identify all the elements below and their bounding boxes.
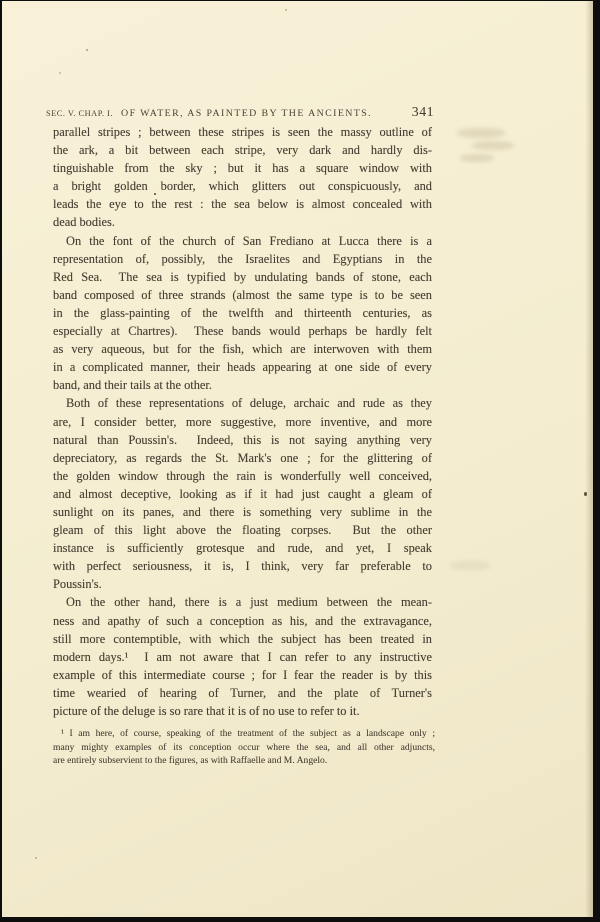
paper-speck bbox=[285, 9, 287, 11]
running-head-section: SEC. V. CHAP. I. bbox=[46, 109, 113, 118]
text-line: a bright golden border, which glitters o… bbox=[53, 177, 432, 195]
text-line: time wearied of hearing of Turner, and t… bbox=[53, 684, 432, 702]
text-line: are entirely subservient to the figures,… bbox=[53, 754, 435, 768]
text-line: Red Sea. The sea is typified by undulati… bbox=[53, 268, 432, 286]
text-line: sunlight on its panes, and there is some… bbox=[53, 503, 432, 521]
show-through-mark bbox=[450, 561, 490, 570]
show-through-mark bbox=[472, 141, 514, 150]
text-line: leads the eye to the rest : the sea belo… bbox=[53, 195, 432, 213]
text-line: especially at Chartres). These bands wou… bbox=[53, 322, 432, 340]
text-line: the ark, a bit between each stripe, very… bbox=[53, 141, 432, 159]
text-line: in a complicated manner, their heads app… bbox=[53, 358, 432, 376]
text-line: picture of the deluge is so rare that it… bbox=[53, 702, 432, 720]
text-line: band composed of three strands (almost t… bbox=[53, 286, 432, 304]
book-page: SEC. V. CHAP. I. OF WATER, AS PAINTED BY… bbox=[2, 1, 593, 917]
text-line: example of this intermediate course ; fo… bbox=[53, 666, 432, 684]
text-line: band, and their tails at the other. bbox=[53, 376, 432, 394]
paper-speck bbox=[35, 857, 37, 859]
paper-speck bbox=[584, 492, 587, 496]
text-line: and almost deceptive, looking as if it h… bbox=[53, 485, 432, 503]
footnote: ¹ I am here, of course, speaking of the … bbox=[53, 727, 435, 768]
paper-speck bbox=[154, 193, 156, 195]
text-line: ness and apathy of such a conception as … bbox=[53, 612, 432, 630]
text-line: On the font of the church of San Fredian… bbox=[53, 232, 432, 250]
text-line: in the glass-painting of the twelfth and… bbox=[53, 304, 432, 322]
text-line: still more contemptible, with which the … bbox=[53, 630, 432, 648]
text-line: dead bodies. bbox=[53, 213, 432, 231]
text-line: Both of these representations of deluge,… bbox=[53, 394, 432, 412]
paper-speck bbox=[86, 49, 88, 51]
text-line: Poussin's. bbox=[53, 575, 432, 593]
text-line: instance is sufficiently grotesque and r… bbox=[53, 539, 432, 557]
text-line: modern days.¹ I am not aware that I can … bbox=[53, 648, 432, 666]
text-line: ¹ I am here, of course, speaking of the … bbox=[53, 727, 435, 741]
text-line: representation of, possibly, the Israeli… bbox=[53, 250, 432, 268]
scan-frame: SEC. V. CHAP. I. OF WATER, AS PAINTED BY… bbox=[0, 0, 600, 922]
running-head: SEC. V. CHAP. I. OF WATER, AS PAINTED BY… bbox=[46, 104, 434, 120]
text-line: parallel stripes ; between these stripes… bbox=[53, 123, 432, 141]
text-line: depreciatory, as regards the St. Mark's … bbox=[53, 449, 432, 467]
text-line: natural than Poussin's. Indeed, this is … bbox=[53, 431, 432, 449]
text-line: the golden window through the rain is wo… bbox=[53, 467, 432, 485]
text-line: On the other hand, there is a just mediu… bbox=[53, 593, 432, 611]
text-line: with perfect seriousness, it is, I think… bbox=[53, 557, 432, 575]
show-through-mark bbox=[460, 154, 494, 162]
paper-speck bbox=[59, 72, 61, 74]
show-through-mark bbox=[457, 128, 505, 138]
text-line: are, I consider better, more suggestive,… bbox=[53, 413, 432, 431]
text-line: many mighty examples of its conception o… bbox=[53, 741, 435, 755]
text-line: as very aqueous, but for the fish, which… bbox=[53, 340, 432, 358]
page-number: 341 bbox=[412, 104, 434, 120]
body-text: parallel stripes ; between these stripes… bbox=[53, 123, 432, 720]
text-line: gleam of this light above the floating c… bbox=[53, 521, 432, 539]
text-line: tinguishable from the sky ; but it has a… bbox=[53, 159, 432, 177]
running-head-title: OF WATER, AS PAINTED BY THE ANCIENTS. bbox=[121, 108, 372, 119]
